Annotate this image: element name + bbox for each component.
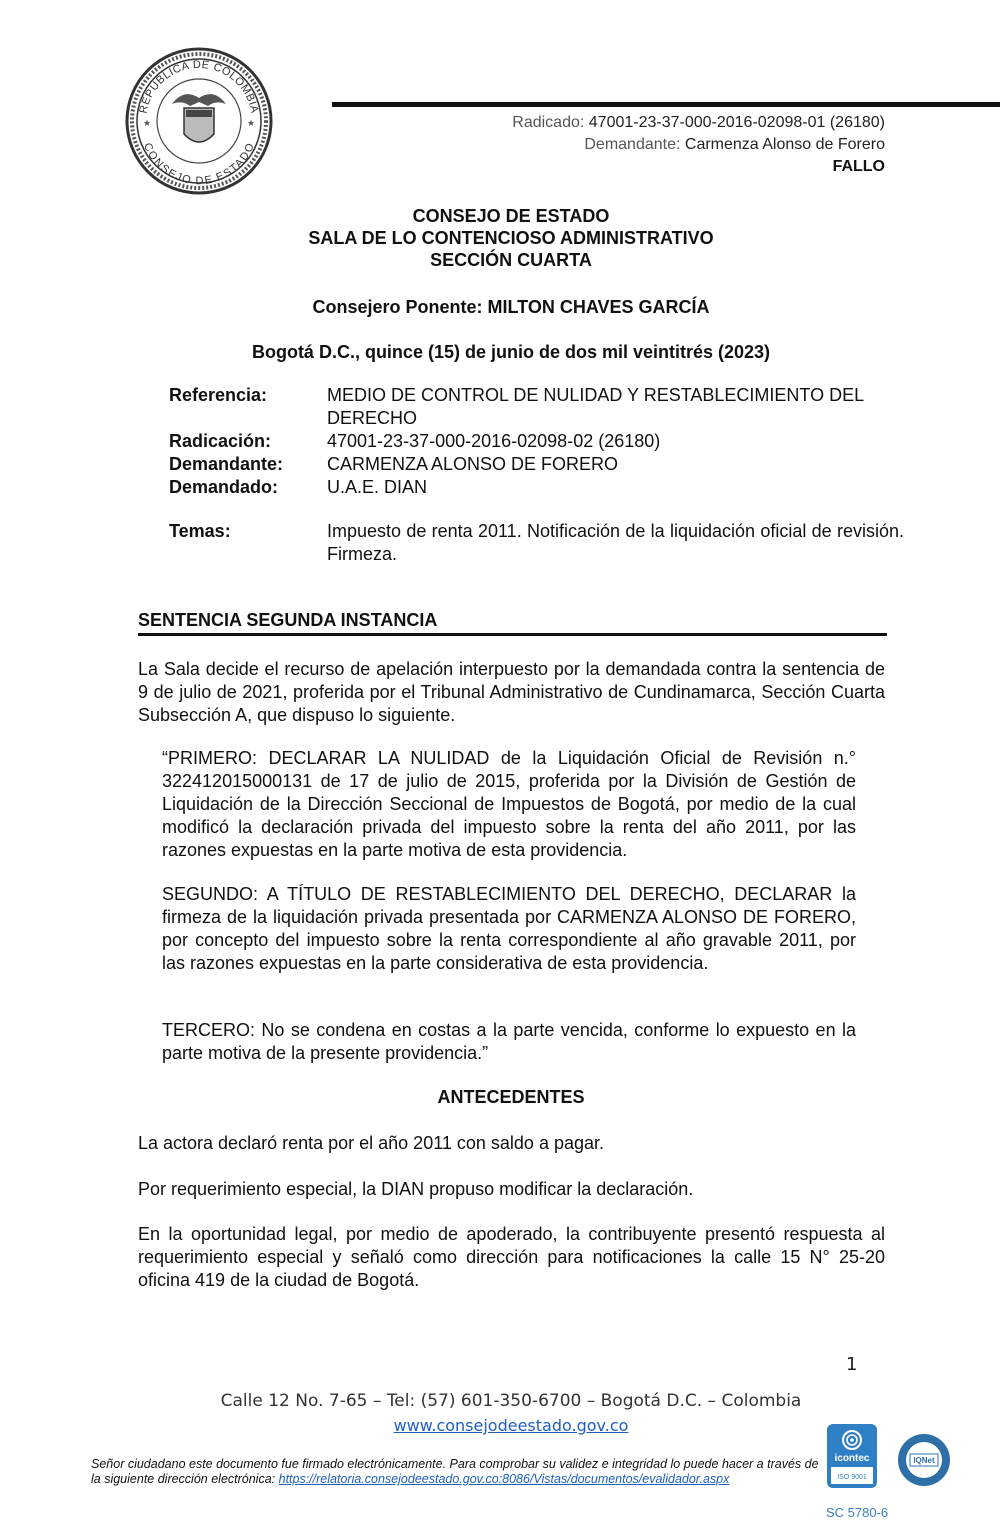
footer-address: Calle 12 No. 7-65 – Tel: (57) 601-350-67… [0,1391,1000,1411]
antecedentes-title: ANTECEDENTES [0,1086,1000,1108]
court-section: SECCIÓN CUARTA [0,249,1000,271]
reference-label: Demandado: [169,476,327,499]
icontec-badge: icontec ISO 9001 [826,1423,878,1489]
header-meta: Radicado: 47001-23-37-000-2016-02098-01 … [512,112,885,178]
court-title: CONSEJO DE ESTADO SALA DE LO CONTENCIOSO… [0,205,1000,271]
coat-of-arms-seal-icon: REPÚBLICA DE COLOMBIA CONSEJO DE ESTADO … [124,46,274,196]
validator-link[interactable]: https://relatoria.consejodeestado.gov.co… [279,1472,730,1486]
demandante-line: Demandante: Carmenza Alonso de Forero [512,134,885,156]
reference-value: 47001-23-37-000-2016-02098-02 (26180) [327,430,904,453]
document-type: FALLO [512,156,885,178]
svg-text:icontec: icontec [834,1453,869,1464]
antecedentes-paragraph: Por requerimiento especial, la DIAN prop… [138,1178,885,1201]
icontec-iso-icon: icontec ISO 9001 [826,1423,878,1489]
reference-row: Referencia: MEDIO DE CONTROL DE NULIDAD … [169,384,904,430]
reference-row: Demandante: CARMENZA ALONSO DE FORERO [169,453,904,476]
reference-value: CARMENZA ALONSO DE FORERO [327,453,904,476]
svg-text:ISO 9001: ISO 9001 [837,1474,867,1481]
reference-row: Temas: Impuesto de renta 2011. Notificac… [169,520,904,566]
svg-text:★: ★ [247,118,255,128]
iqnet-badge: IQNet [896,1432,952,1488]
consejo-de-estado-seal: REPÚBLICA DE COLOMBIA CONSEJO DE ESTADO … [124,46,274,196]
reference-row: Demandado: U.A.E. DIAN [169,476,904,499]
reference-label: Demandante: [169,453,327,476]
header-rule [332,102,1000,107]
court-name: CONSEJO DE ESTADO [0,205,1000,227]
certification-code: SC 5780-6 [826,1505,888,1520]
sentencia-intro: La Sala decide el recurso de apelación i… [138,658,885,727]
reference-row: Radicación: 47001-23-37-000-2016-02098-0… [169,430,904,453]
antecedentes-paragraph: En la oportunidad legal, por medio de ap… [138,1223,885,1292]
page-number: 1 [846,1354,857,1375]
reference-value: MEDIO DE CONTROL DE NULIDAD Y RESTABLECI… [327,384,904,430]
quote-primero: “PRIMERO: DECLARAR LA NULIDAD de la Liqu… [162,747,856,862]
document-date: Bogotá D.C., quince (15) de junio de dos… [0,341,1000,363]
radicado-label: Radicado: [512,114,584,131]
svg-text:★: ★ [143,118,151,128]
reference-label: Radicación: [169,430,327,453]
reference-label: Referencia: [169,384,327,430]
svg-text:IQNet: IQNet [913,1456,935,1465]
reference-table: Referencia: MEDIO DE CONTROL DE NULIDAD … [169,384,904,566]
reference-label: Temas: [169,520,327,566]
website-link[interactable]: www.consejodeestado.gov.co [394,1416,629,1435]
sentencia-title: SENTENCIA SEGUNDA INSTANCIA [138,609,887,636]
demandante-value: Carmenza Alonso de Forero [685,136,885,153]
signature-note: Señor ciudadano este documento fue firma… [91,1457,821,1487]
reference-value: Impuesto de renta 2011. Notificación de … [327,520,904,566]
reference-value: U.A.E. DIAN [327,476,904,499]
radicado-value: 47001-23-37-000-2016-02098-01 (26180) [589,114,885,131]
quote-segundo: SEGUNDO: A TÍTULO DE RESTABLECIMIENTO DE… [162,883,856,975]
quote-tercero: TERCERO: No se condena en costas a la pa… [162,1019,856,1065]
court-chamber: SALA DE LO CONTENCIOSO ADMINISTRATIVO [0,227,1000,249]
ponente: Consejero Ponente: MILTON CHAVES GARCÍA [0,296,1000,318]
demandante-label: Demandante: [584,136,680,153]
iqnet-certification-icon: IQNet [896,1432,952,1488]
antecedentes-paragraph: La actora declaró renta por el año 2011 … [138,1132,885,1155]
radicado-line: Radicado: 47001-23-37-000-2016-02098-01 … [512,112,885,134]
